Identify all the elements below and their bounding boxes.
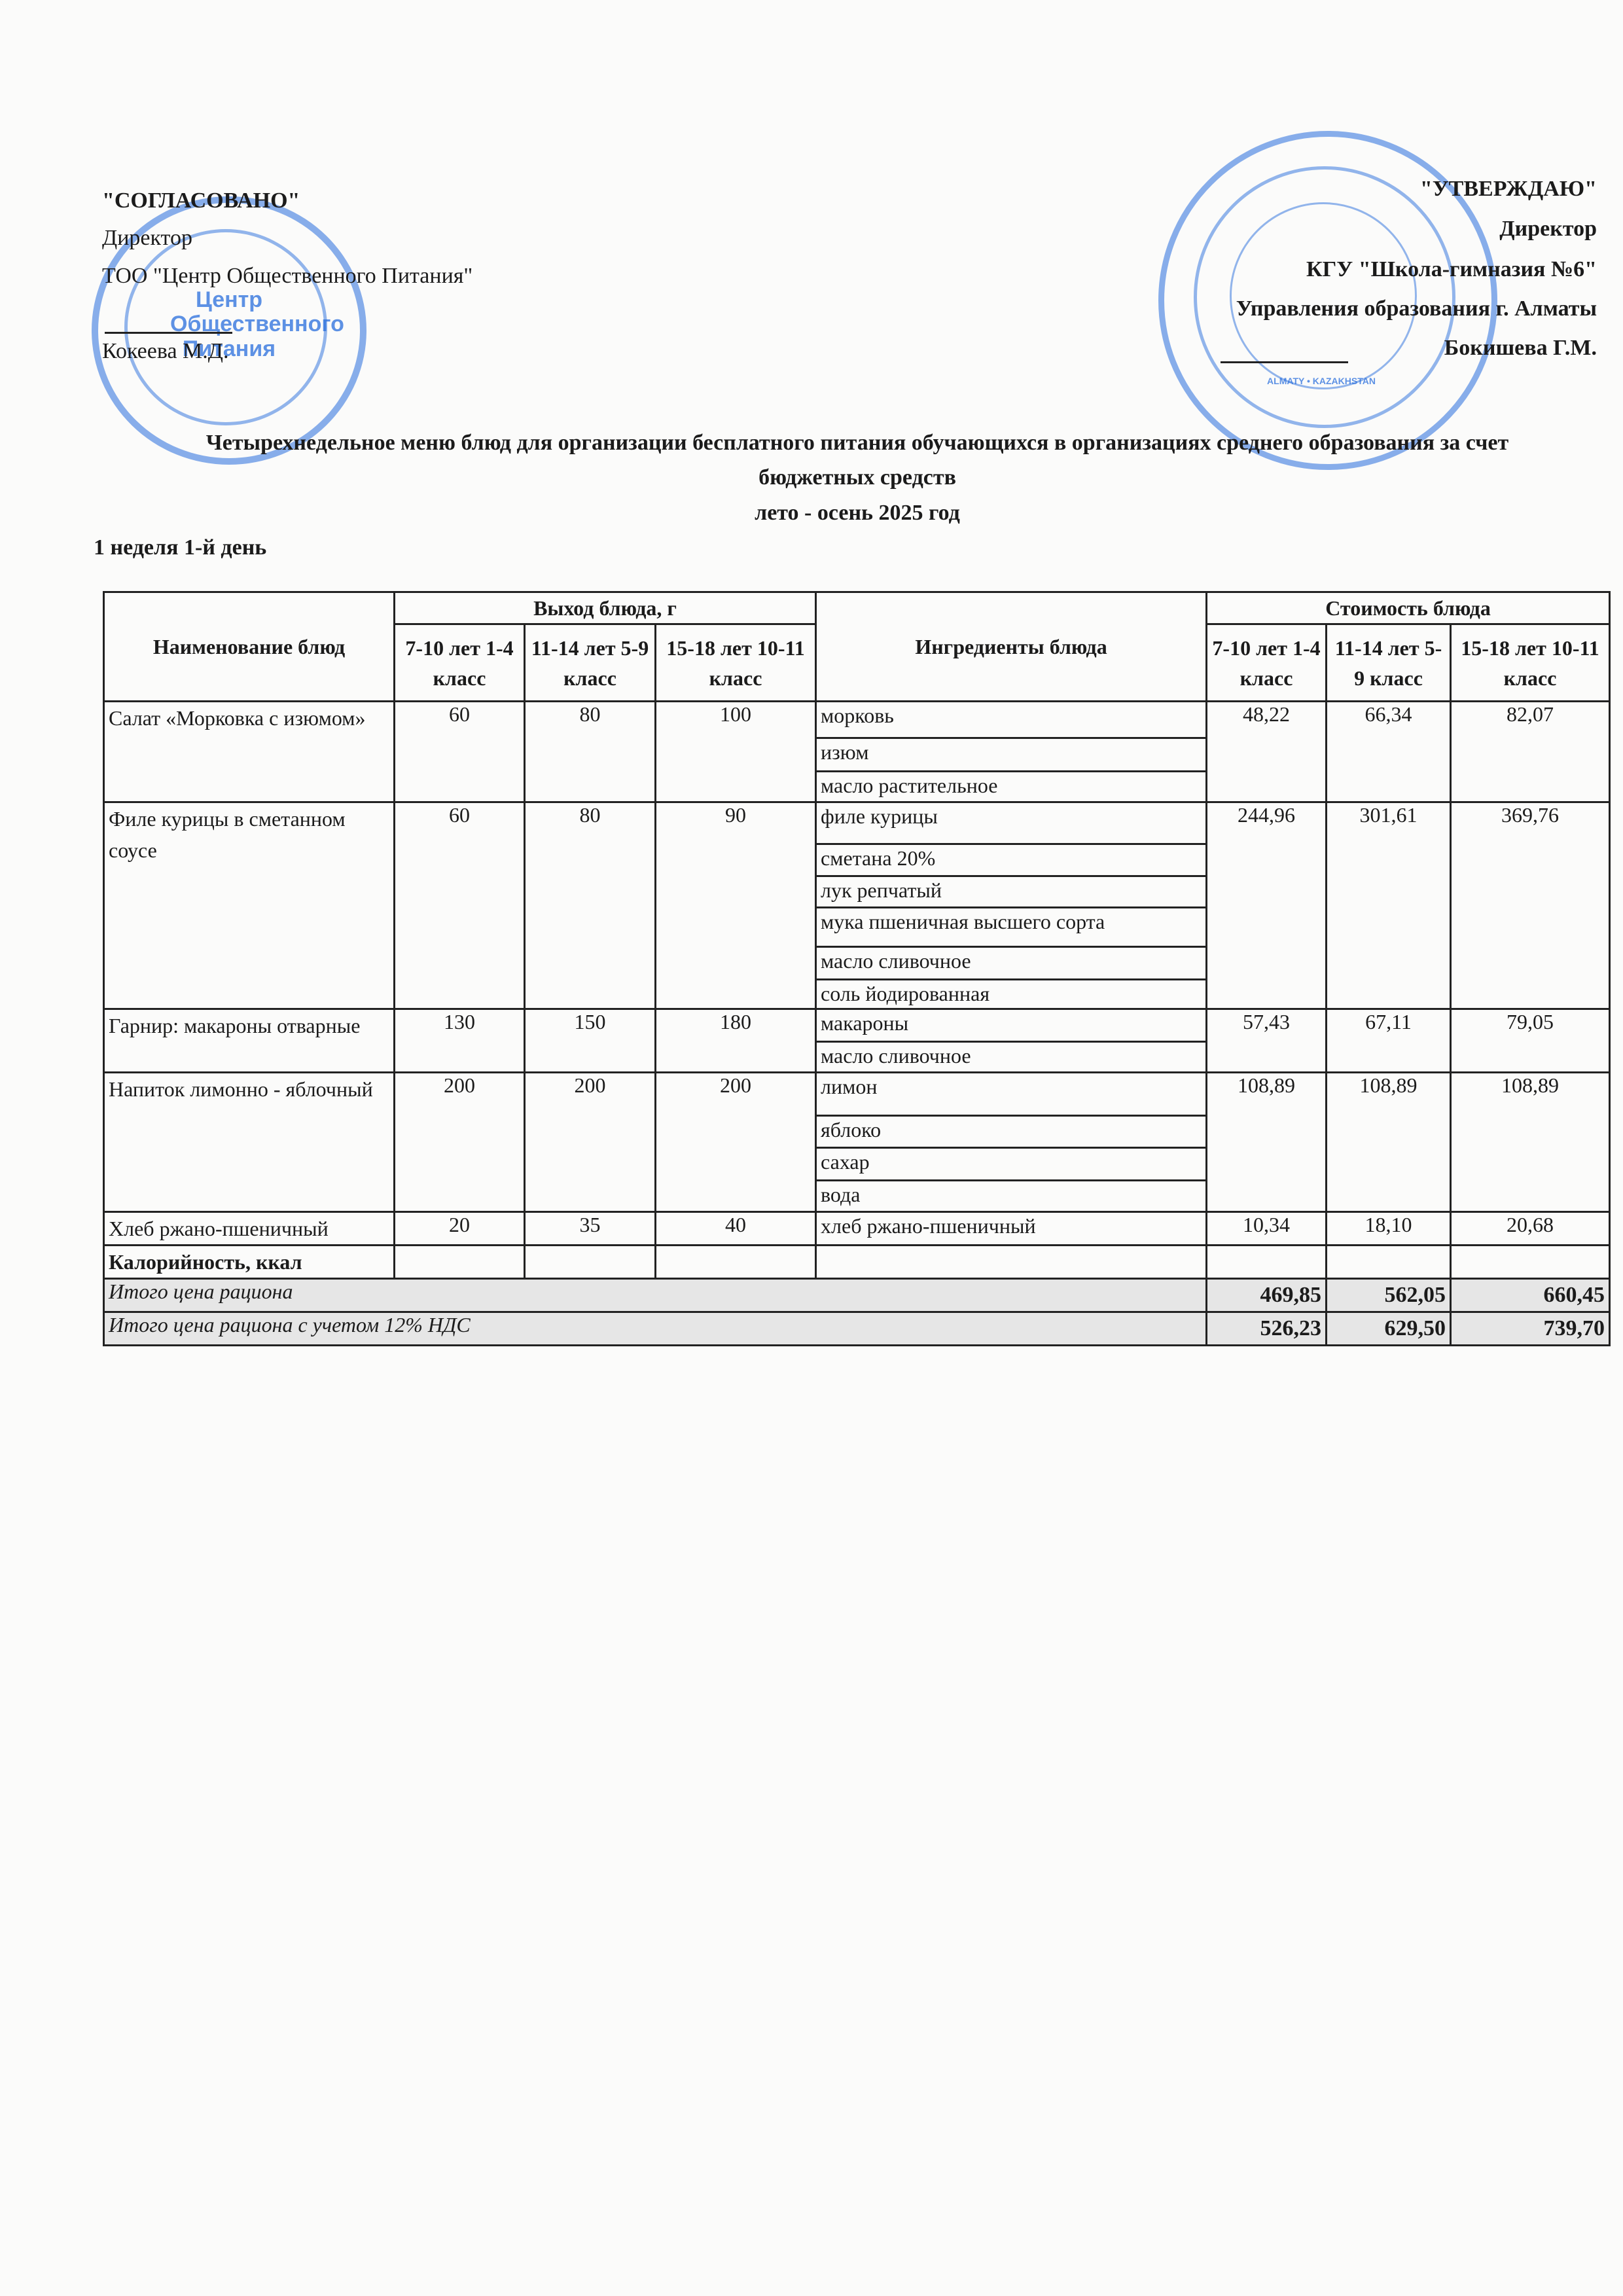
right-stamp-label: ALMATY • KAZAKHSTAN — [1262, 376, 1380, 386]
dish-ingredient-row: Напиток лимонно - яблочный200200200лимон… — [104, 1073, 1610, 1116]
dish-yield: 100 — [656, 702, 816, 802]
season-label: лето - осень 2025 год — [92, 501, 1623, 526]
dish-ingredient-row: Хлеб ржано-пшеничный203540хлеб ржано-пше… — [104, 1212, 1610, 1246]
calories-value-empty — [1451, 1246, 1610, 1279]
approval-right-signature-line — [1221, 361, 1348, 363]
dish-yield: 200 — [656, 1073, 816, 1212]
dish-cost: 57,43 — [1207, 1009, 1327, 1073]
dish-cost: 244,96 — [1207, 802, 1327, 1009]
ingredient-name: сметана 20% — [816, 844, 1207, 876]
header-cost-age-11-14: 11-14 лет 5-9 класс — [1327, 624, 1451, 702]
ingredient-name: вода — [816, 1181, 1207, 1212]
menu-table: Наименование блюд Выход блюда, г Ингреди… — [103, 591, 1611, 1346]
calories-value-empty — [1327, 1246, 1451, 1279]
total-value: 526,23 — [1207, 1312, 1327, 1346]
dish-name: Напиток лимонно - яблочный — [104, 1073, 395, 1212]
dish-yield: 80 — [525, 702, 656, 802]
ingredient-name: мука пшеничная высшего сорта — [816, 908, 1207, 947]
ingredient-name: сахар — [816, 1148, 1207, 1181]
header-yield-age-7-10: 7-10 лет 1-4 класс — [395, 624, 525, 702]
total-price-vat-row: Итого цена рациона с учетом 12% НДС526,2… — [104, 1312, 1610, 1346]
week-day-label: 1 неделя 1-й день — [94, 535, 266, 560]
total-value: 739,70 — [1451, 1312, 1610, 1346]
approval-right-department: Управления образования г. Алматы — [1236, 298, 1597, 320]
dish-cost: 108,89 — [1207, 1073, 1327, 1212]
dish-ingredient-row: Салат «Морковка с изюмом»6080100морковь4… — [104, 702, 1610, 738]
calories-value-empty — [1207, 1246, 1327, 1279]
total-value: 469,85 — [1207, 1279, 1327, 1312]
dish-cost: 20,68 — [1451, 1212, 1610, 1246]
approval-left-heading: "СОГЛАСОВАНО" — [102, 190, 300, 212]
dish-yield: 180 — [656, 1009, 816, 1073]
dish-ingredient-row: Гарнир: макароны отварные130150180макаро… — [104, 1009, 1610, 1042]
total-price-row: Итого цена рациона469,85562,05660,45 — [104, 1279, 1610, 1312]
ingredient-name: филе курицы — [816, 802, 1207, 844]
total-label: Итого цена рациона с учетом 12% НДС — [104, 1312, 1207, 1346]
dish-yield: 60 — [395, 702, 525, 802]
dish-ingredient-row: Филе курицы в сметанном соусе608090филе … — [104, 802, 1610, 844]
dish-yield: 200 — [395, 1073, 525, 1212]
approval-left-signature-line — [105, 332, 232, 334]
ingredient-name: соль йодированная — [816, 980, 1207, 1009]
ingredient-name: морковь — [816, 702, 1207, 738]
total-label: Итого цена рациона — [104, 1279, 1207, 1312]
approval-right-position: Директор — [1499, 218, 1597, 240]
document-title-line2: бюджетных средств — [92, 461, 1623, 493]
ingredient-name: масло растительное — [816, 772, 1207, 802]
dish-cost: 79,05 — [1451, 1009, 1610, 1073]
dish-cost: 369,76 — [1451, 802, 1610, 1009]
dish-name: Хлеб ржано-пшеничный — [104, 1212, 395, 1246]
ingredient-name: макароны — [816, 1009, 1207, 1042]
calories-label: Калорийность, ккал — [104, 1246, 395, 1279]
ingredient-name: лимон — [816, 1073, 1207, 1116]
dish-cost: 82,07 — [1451, 702, 1610, 802]
dish-name: Филе курицы в сметанном соусе — [104, 802, 395, 1009]
header-yield-age-15-18: 15-18 лет 10-11 класс — [656, 624, 816, 702]
dish-cost: 66,34 — [1327, 702, 1451, 802]
calories-row: Калорийность, ккал — [104, 1246, 1610, 1279]
header-dish-name: Наименование блюд — [104, 592, 395, 702]
calories-value-empty — [816, 1246, 1207, 1279]
dish-yield: 80 — [525, 802, 656, 1009]
approval-right-heading: "УТВЕРЖДАЮ" — [1420, 178, 1597, 200]
header-cost-age-7-10: 7-10 лет 1-4 класс — [1207, 624, 1327, 702]
dish-cost: 67,11 — [1327, 1009, 1451, 1073]
approval-right-signatory: Бокишева Г.М. — [1444, 337, 1597, 359]
dish-yield: 60 — [395, 802, 525, 1009]
dish-yield: 90 — [656, 802, 816, 1009]
dish-yield: 150 — [525, 1009, 656, 1073]
approval-left-signatory: Кокеева М.Д. — [102, 340, 228, 363]
dish-yield: 200 — [525, 1073, 656, 1212]
document-title: Четырехнедельное меню блюд для организац… — [92, 427, 1623, 494]
header-cost-group: Стоимость блюда — [1207, 592, 1610, 624]
approval-right-organization: КГУ "Школа-гимназия №6" — [1306, 259, 1597, 281]
dish-yield: 130 — [395, 1009, 525, 1073]
total-value: 629,50 — [1327, 1312, 1451, 1346]
document-title-line1: Четырехнедельное меню блюд для организац… — [92, 427, 1623, 459]
dish-cost: 48,22 — [1207, 702, 1327, 802]
dish-cost: 10,34 — [1207, 1212, 1327, 1246]
dish-name: Салат «Морковка с изюмом» — [104, 702, 395, 802]
total-value: 562,05 — [1327, 1279, 1451, 1312]
dish-yield: 40 — [656, 1212, 816, 1246]
ingredient-name: масло сливочное — [816, 1042, 1207, 1073]
calories-value-empty — [395, 1246, 525, 1279]
total-value: 660,45 — [1451, 1279, 1610, 1312]
dish-cost: 108,89 — [1327, 1073, 1451, 1212]
header-ingredients: Ингредиенты блюда — [816, 592, 1207, 702]
calories-value-empty — [525, 1246, 656, 1279]
dish-yield: 20 — [395, 1212, 525, 1246]
calories-value-empty — [656, 1246, 816, 1279]
dish-cost: 301,61 — [1327, 802, 1451, 1009]
ingredient-name: яблоко — [816, 1116, 1207, 1148]
dish-cost: 108,89 — [1451, 1073, 1610, 1212]
header-yield-age-11-14: 11-14 лет 5-9 класс — [525, 624, 656, 702]
dish-name: Гарнир: макароны отварные — [104, 1009, 395, 1073]
ingredient-name: изюм — [816, 738, 1207, 772]
ingredient-name: лук репчатый — [816, 876, 1207, 908]
dish-yield: 35 — [525, 1212, 656, 1246]
header-cost-age-15-18: 15-18 лет 10-11 класс — [1451, 624, 1610, 702]
approval-left-position: Директор — [102, 227, 192, 249]
header-yield-group: Выход блюда, г — [395, 592, 816, 624]
approval-left-organization: ТОО "Центр Общественного Питания" — [102, 265, 473, 287]
menu-table-body: Салат «Морковка с изюмом»6080100морковь4… — [104, 702, 1610, 1346]
dish-cost: 18,10 — [1327, 1212, 1451, 1246]
ingredient-name: хлеб ржано-пшеничный — [816, 1212, 1207, 1246]
ingredient-name: масло сливочное — [816, 947, 1207, 980]
